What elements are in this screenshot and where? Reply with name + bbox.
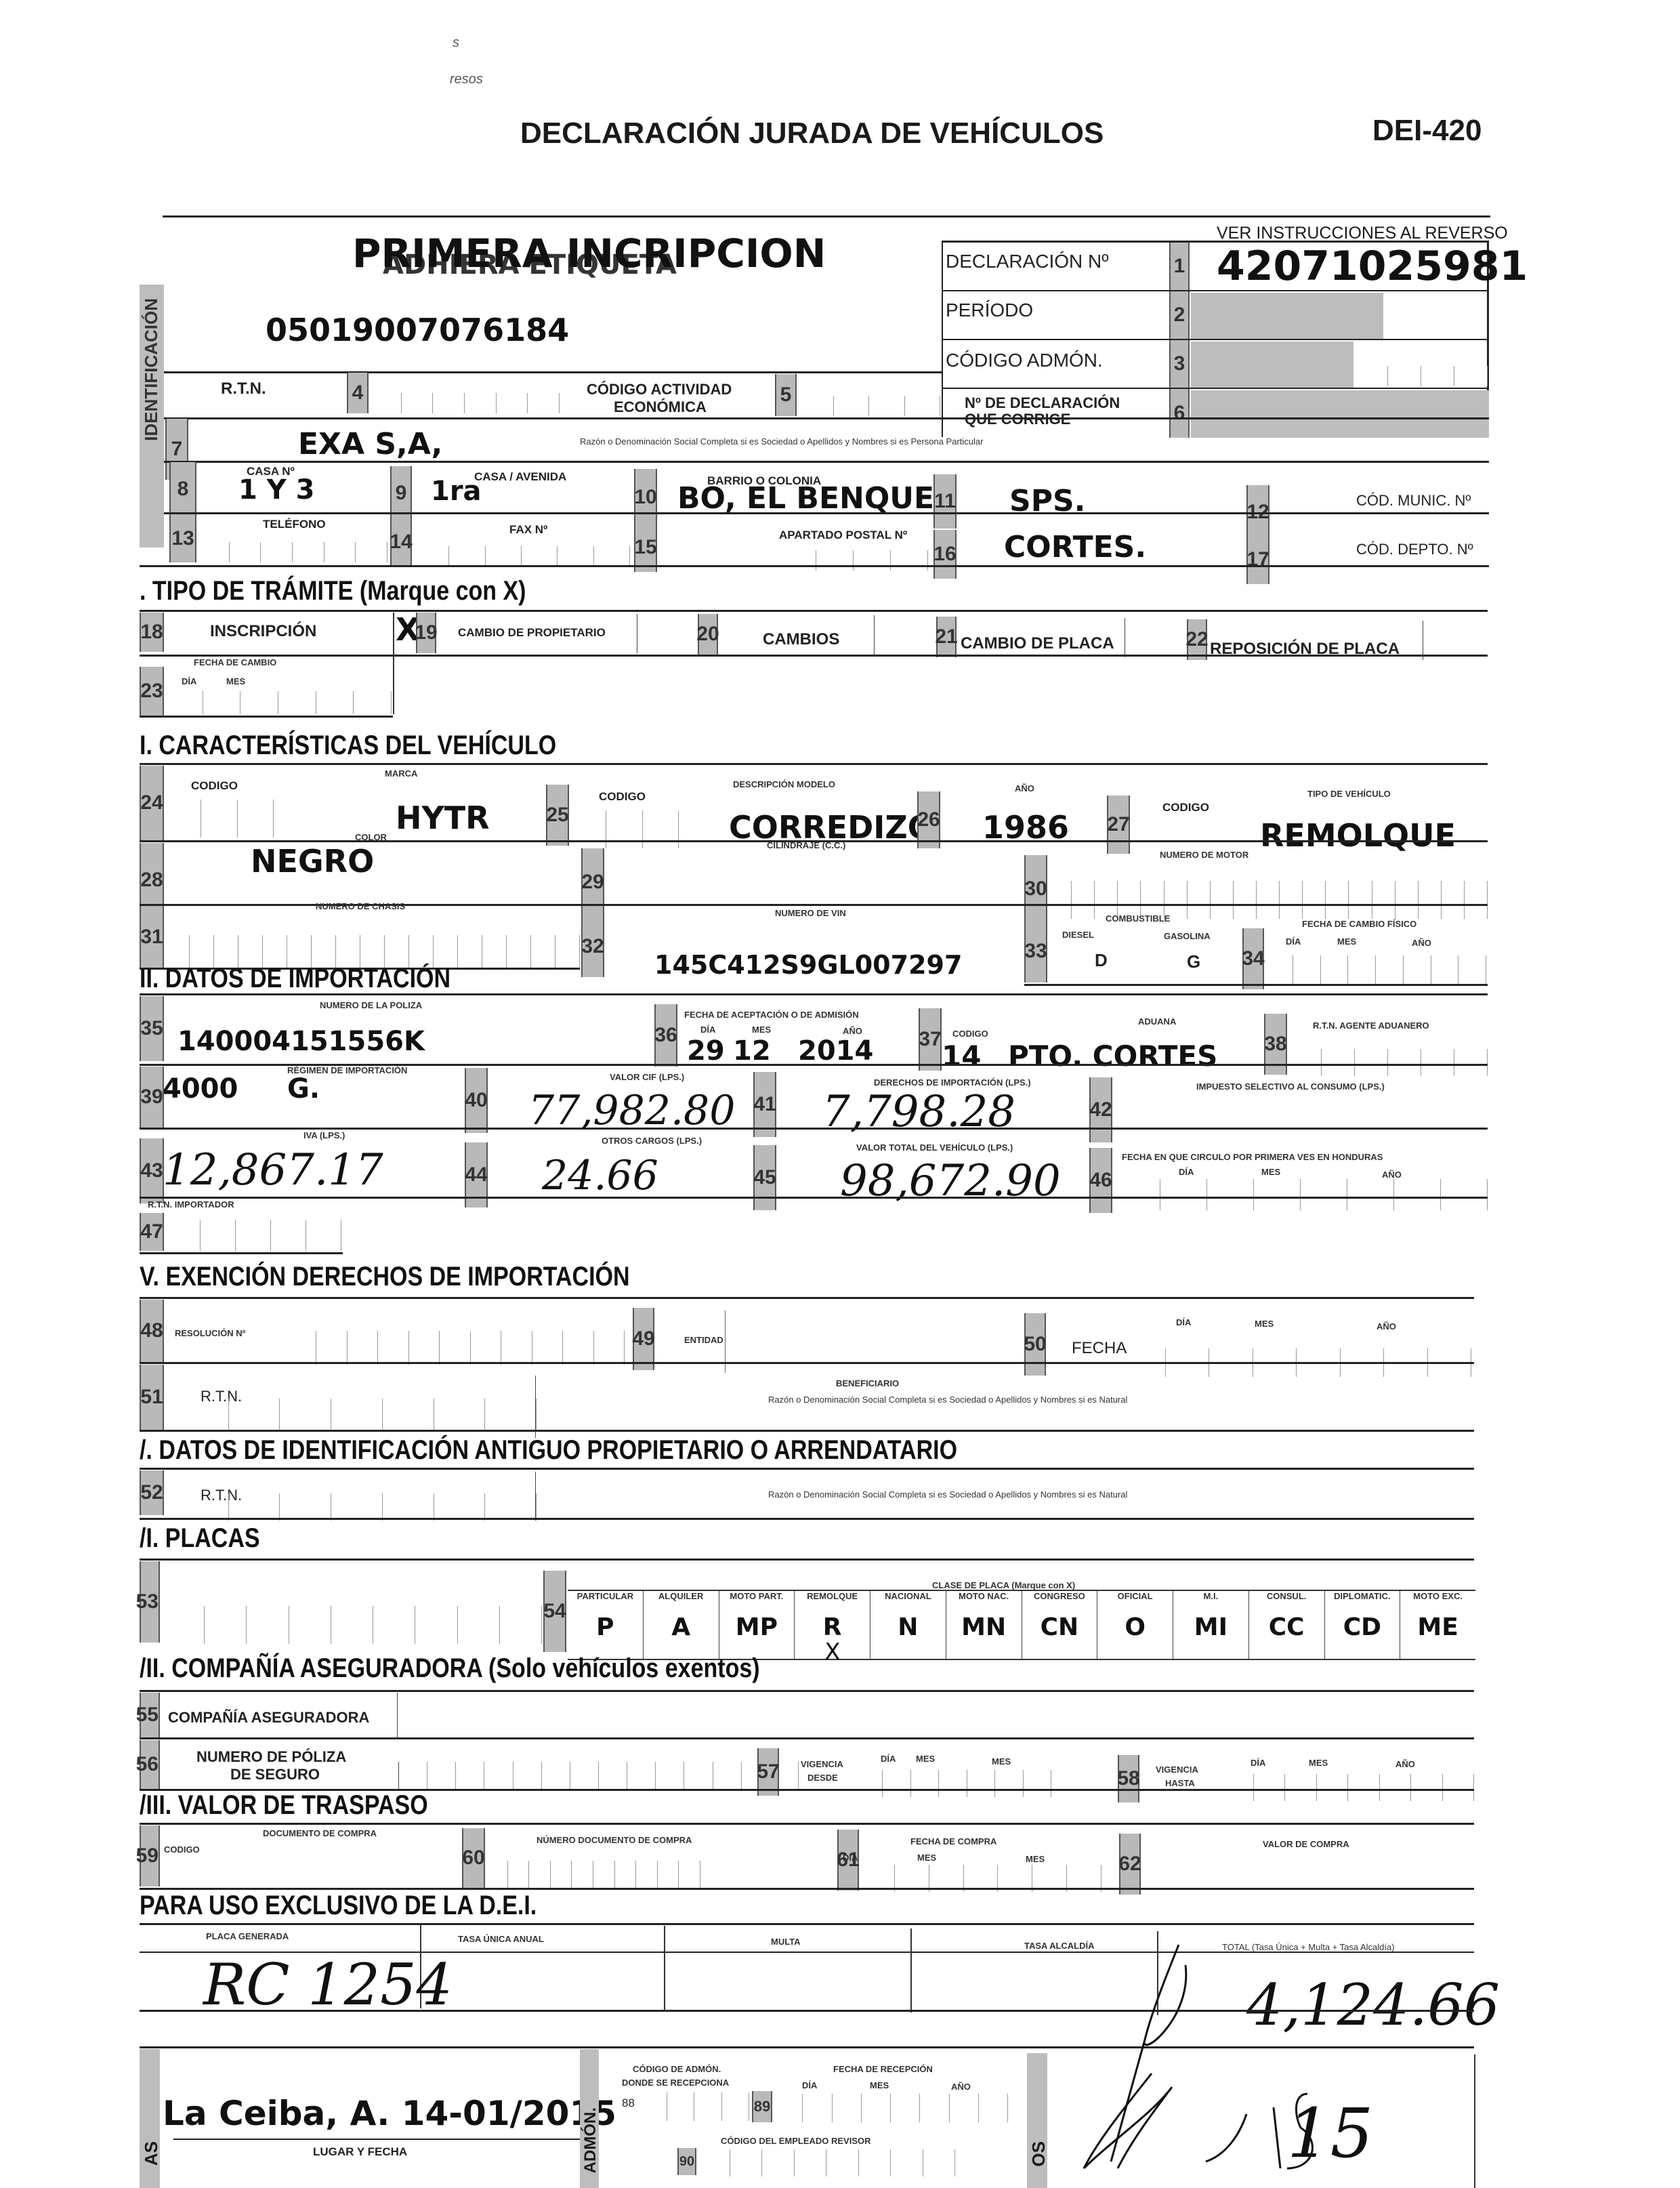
field-number-90: 90 bbox=[677, 2148, 696, 2175]
field-number-2: 2 bbox=[1169, 291, 1190, 339]
tramite-cambio-propietario-checkbox[interactable] bbox=[637, 614, 697, 653]
valor-compra-label: VALOR DE COMPRA bbox=[1263, 1839, 1349, 1849]
divider bbox=[140, 1297, 1474, 1299]
circulo-ano-label: AÑO bbox=[1382, 1170, 1402, 1180]
fecha-compra-dia-label: DÍA bbox=[843, 1853, 858, 1863]
exencion-dia-label: DÍA bbox=[1176, 1317, 1191, 1327]
codigo-admon-shaded-field bbox=[1191, 342, 1353, 388]
plate-class-code: R bbox=[823, 1613, 842, 1641]
clase-placa-label: CLASE DE PLACA (Marque con X) bbox=[932, 1580, 1075, 1590]
identificacion-side-label: IDENTIFICACIÓN bbox=[141, 298, 162, 441]
lugar-fecha-label: LUGAR Y FECHA bbox=[313, 2145, 407, 2159]
recepcion-label: FECHA DE RECEPCIÓN bbox=[833, 2064, 933, 2074]
divider bbox=[910, 1928, 912, 2012]
cambio-fisico-input[interactable] bbox=[1265, 955, 1486, 984]
vin-label: NUMERO DE VIN bbox=[775, 908, 846, 918]
field-number-62: 62 bbox=[1119, 1834, 1141, 1895]
field-number-21: 21 bbox=[936, 617, 957, 657]
field-number-39: 39 bbox=[140, 1067, 164, 1128]
fecha-cambio-label: FECHA DE CAMBIO bbox=[194, 657, 276, 667]
antiguo-rtn-input[interactable] bbox=[177, 1493, 537, 1521]
color-label: COLOR bbox=[355, 832, 387, 842]
vigencia-desde-mes2-label: MES bbox=[992, 1756, 1011, 1767]
marca-value: HYTR bbox=[396, 800, 490, 836]
plate-class-mi[interactable]: M.I.MI bbox=[1173, 1591, 1249, 1659]
placa-generada-value: RC 1254 bbox=[203, 1952, 453, 2018]
importador-label: R.T.N. IMPORTADOR bbox=[148, 1199, 234, 1210]
divider bbox=[164, 512, 1489, 514]
codigo-admon-label: CÓDIGO ADMÓN. bbox=[946, 350, 1103, 371]
compania-input[interactable] bbox=[397, 1693, 1475, 1737]
vigencia-desde-input[interactable] bbox=[855, 1770, 1051, 1797]
derechos-label: DERECHOS DE IMPORTACIÓN (LPS.) bbox=[874, 1077, 1031, 1088]
fecha-compra-mes-label: MES bbox=[917, 1853, 936, 1863]
tramite-cambio-propietario-label: CAMBIO DE PROPIETARIO bbox=[458, 626, 606, 640]
actividad-label-2: ECONÓMICA bbox=[614, 398, 707, 416]
plate-class-label: DIPLOMATIC. bbox=[1334, 1591, 1391, 1601]
fecha-compra-label: FECHA DE COMPRA bbox=[910, 1836, 996, 1846]
plate-class-particular[interactable]: PARTICULARP bbox=[568, 1591, 644, 1659]
tipo-vehiculo-value: REMOLQUE bbox=[1260, 817, 1456, 854]
stamp-adhiera-etiqueta: ADHIERA ETIQUETA bbox=[383, 249, 677, 281]
divider bbox=[140, 1197, 1488, 1199]
divider bbox=[140, 565, 1489, 567]
field-number-17: 17 bbox=[1246, 535, 1269, 584]
field-number-18: 18 bbox=[140, 613, 164, 652]
field-number-60: 60 bbox=[462, 1828, 485, 1888]
poliza-seguro-label-1: NUMERO DE PÓLIZA bbox=[196, 1748, 346, 1766]
plate-class-code: P bbox=[596, 1613, 614, 1641]
traspaso-section-title: /III. VALOR DE TRASPASO bbox=[140, 1790, 428, 1821]
admon-label-2: DONDE SE RECEPCIONA bbox=[622, 2078, 729, 2088]
divider bbox=[140, 1362, 1474, 1364]
plate-class-consul[interactable]: CONSUL.CC bbox=[1249, 1591, 1325, 1659]
placas-section-title: /I. PLACAS bbox=[140, 1523, 260, 1554]
fecha-aceptacion-mes-label: MES bbox=[752, 1025, 771, 1035]
tipo-vehiculo-label: TIPO DE VEHÍCULO bbox=[1307, 789, 1391, 799]
corner-mark-s: s bbox=[453, 35, 459, 51]
field-number-22: 22 bbox=[1187, 619, 1207, 660]
iva-value: 12,867.17 bbox=[163, 1145, 383, 1195]
avenida-label: CASA / AVENIDA bbox=[474, 470, 566, 484]
divider bbox=[942, 290, 1489, 291]
field-number-4: 4 bbox=[347, 373, 369, 413]
fecha-aceptacion-ano: 2014 bbox=[798, 1035, 873, 1067]
compania-label: COMPAÑÍA ASEGURADORA bbox=[168, 1709, 369, 1727]
plate-class-label: PARTICULAR bbox=[577, 1591, 634, 1601]
aduana-codigo-label: CODIGO bbox=[952, 1029, 988, 1039]
plate-class-label: MOTO NAC. bbox=[959, 1591, 1009, 1601]
field-number-49: 49 bbox=[633, 1308, 654, 1370]
plate-class-congreso[interactable]: CONGRESOCN bbox=[1022, 1591, 1098, 1659]
tramite-cambio-placa-checkbox[interactable] bbox=[1125, 618, 1186, 657]
otros-cargos-value: 24.66 bbox=[542, 1152, 658, 1199]
circulo-mes-label: MES bbox=[1261, 1167, 1280, 1177]
barrio-value: BO, EL BENQUE bbox=[677, 481, 934, 516]
vigencia-hasta-label-2: HASTA bbox=[1165, 1778, 1195, 1788]
antiguo-razon-input[interactable] bbox=[535, 1472, 1475, 1521]
plate-class-code: N bbox=[898, 1613, 918, 1641]
telefono-label: TELÉFONO bbox=[263, 518, 326, 531]
revisor-label: CÓDIGO DEL EMPLEADO REVISOR bbox=[721, 2136, 871, 2146]
field-number-47: 47 bbox=[140, 1213, 164, 1251]
field-number-13: 13 bbox=[169, 515, 196, 562]
apartado-input[interactable] bbox=[779, 550, 928, 571]
valor-total-label: VALOR TOTAL DEL VEHÍCULO (LPS.) bbox=[856, 1142, 1013, 1153]
placa-input[interactable] bbox=[163, 1606, 542, 1644]
documento-compra-label: DOCUMENTO DE COMPRA bbox=[263, 1828, 377, 1838]
divider bbox=[140, 1888, 1474, 1890]
field-number-29: 29 bbox=[581, 848, 604, 916]
importacion-section-title: II. DATOS DE IMPORTACIÓN bbox=[140, 964, 450, 994]
plate-class-code: A bbox=[671, 1613, 690, 1641]
lugar-fecha-value: La Ceiba, A. 14-01/2015 bbox=[163, 2094, 616, 2133]
gasolina-option[interactable]: G bbox=[1187, 951, 1200, 972]
divider bbox=[140, 1430, 1474, 1432]
tramite-cambio-placa-label: CAMBIO DE PLACA bbox=[961, 634, 1114, 653]
corrige-label-2: QUE CORRIGE bbox=[965, 411, 1070, 428]
resolucion-input[interactable] bbox=[286, 1331, 625, 1365]
footer-left-side-bar bbox=[140, 2049, 160, 2188]
actividad-label-1: CÓDIGO ACTIVIDAD bbox=[587, 381, 732, 398]
field-number-50: 50 bbox=[1024, 1313, 1046, 1376]
corrige-label-1: Nº DE DECLARACIÓN bbox=[965, 394, 1120, 412]
signature-text: 15 bbox=[1287, 2094, 1373, 2173]
field-number-5: 5 bbox=[775, 374, 797, 416]
rtn-label: R.T.N. bbox=[221, 379, 266, 398]
divider bbox=[140, 1690, 1474, 1692]
plate-class-label: CONSUL. bbox=[1267, 1591, 1307, 1601]
field-number-37: 37 bbox=[919, 1008, 942, 1071]
tasa-unica-label: TASA ÚNICA ANUAL bbox=[458, 1934, 544, 1944]
actividad-input[interactable] bbox=[798, 396, 940, 416]
plate-class-oficial[interactable]: OFICIALO bbox=[1097, 1591, 1173, 1659]
plate-class-label: REMOLQUE bbox=[807, 1591, 858, 1601]
divider bbox=[140, 1518, 1474, 1520]
chasis-label: NUMERO DE CHASIS bbox=[316, 901, 405, 911]
recepcion-ano-label: AÑO bbox=[951, 2082, 971, 2092]
corrige-shaded-field bbox=[1191, 390, 1489, 438]
plate-class-label: M.I. bbox=[1204, 1591, 1219, 1601]
modelo-codigo-input[interactable] bbox=[570, 810, 679, 848]
periodo-shaded-field bbox=[1191, 293, 1383, 339]
divider bbox=[164, 417, 1489, 419]
divider bbox=[173, 2139, 580, 2140]
remolque-x-mark: X bbox=[824, 1638, 840, 1666]
revisor-input[interactable] bbox=[698, 2149, 955, 2176]
divider bbox=[140, 763, 1488, 765]
exencion-ano-label: AÑO bbox=[1377, 1321, 1396, 1332]
field-number-25: 25 bbox=[546, 785, 569, 846]
field-number-14: 14 bbox=[390, 518, 412, 566]
recepcion-dia-label: DÍA bbox=[802, 2080, 817, 2090]
field-number-51: 51 bbox=[140, 1365, 164, 1430]
tramite-inscripcion-label: INSCRIPCIÓN bbox=[210, 622, 316, 641]
field-number-31: 31 bbox=[140, 907, 164, 968]
barcode-number: 05019007076184 bbox=[266, 312, 569, 348]
numero-documento-input[interactable] bbox=[486, 1861, 700, 1889]
footer-side-label-right: OS bbox=[1028, 2141, 1049, 2167]
declaracion-number: 42071025981 bbox=[1217, 243, 1528, 290]
plate-class-alquiler[interactable]: ALQUILERA bbox=[644, 1591, 719, 1659]
poliza-label: NUMERO DE LA POLIZA bbox=[320, 1000, 422, 1010]
field-number-52: 52 bbox=[140, 1470, 164, 1515]
placa-generada-label: PLACA GENERADA bbox=[206, 1931, 289, 1941]
fecha-cambio-input[interactable] bbox=[165, 691, 392, 714]
plate-class-label: CONGRESO bbox=[1034, 1591, 1085, 1601]
documento-codigo-label: CODIGO bbox=[164, 1844, 200, 1855]
field-number-1: 1 bbox=[1169, 243, 1190, 290]
field-number-36: 36 bbox=[654, 1004, 677, 1067]
regimen-value: G. bbox=[287, 1073, 320, 1105]
fecha-compra-mes2-label: MES bbox=[1026, 1854, 1045, 1864]
entidad-label: ENTIDAD bbox=[684, 1335, 723, 1345]
footer-side-label-admon: ADMÓN. bbox=[581, 2107, 600, 2173]
exencion-section-title: V. EXENCIÓN DERECHOS DE IMPORTACIÓN bbox=[140, 1262, 630, 1292]
diesel-option[interactable]: D bbox=[1095, 950, 1108, 971]
regimen-code: 4000 bbox=[163, 1073, 238, 1105]
field-number-45: 45 bbox=[753, 1145, 776, 1210]
plate-class-code: MN bbox=[961, 1613, 1006, 1641]
field-number-59: 59 bbox=[140, 1825, 160, 1886]
fecha-cambio-mes-label: MES bbox=[226, 676, 245, 686]
vigencia-hasta-mes-label: MES bbox=[1309, 1758, 1328, 1768]
divider bbox=[140, 993, 1488, 995]
fecha-cambio-dia-label: DÍA bbox=[182, 676, 196, 686]
vigencia-hasta-label-1: VIGENCIA bbox=[1156, 1764, 1198, 1775]
plate-class-moto-nac[interactable]: MOTO NAC.MN bbox=[946, 1591, 1022, 1659]
form-code: DEI-420 bbox=[1372, 114, 1482, 148]
plate-class-code: CN bbox=[1041, 1613, 1079, 1641]
anio-label: AÑO bbox=[1015, 783, 1034, 793]
circulo-date-input[interactable] bbox=[1114, 1179, 1488, 1210]
field-number-32: 32 bbox=[581, 916, 604, 977]
numero-documento-label: NÚMERO DOCUMENTO DE COMPRA bbox=[537, 1835, 692, 1845]
divider bbox=[140, 610, 1488, 612]
aduana-codigo: 14 bbox=[942, 1039, 981, 1073]
form-title: DECLARACIÓN JURADA DE VEHÍCULOS bbox=[520, 117, 1104, 150]
agente-aduanero-label: R.T.N. AGENTE ADUANERO bbox=[1313, 1020, 1429, 1031]
vigencia-hasta-input[interactable] bbox=[1222, 1774, 1474, 1801]
vigencia-desde-mes-label: MES bbox=[916, 1754, 935, 1764]
avenida-value: 1ra bbox=[431, 476, 482, 507]
casa-value: 1 Y 3 bbox=[238, 474, 314, 505]
marca-codigo-label: CODIGO bbox=[191, 779, 238, 793]
divider bbox=[942, 339, 1489, 340]
telefono-input[interactable] bbox=[198, 542, 387, 562]
iva-label: IVA (LPS.) bbox=[303, 1130, 345, 1140]
field-number-3: 3 bbox=[1169, 340, 1190, 388]
declaracion-label: DECLARACIÓN Nº bbox=[946, 251, 1109, 272]
exencion-rtn-input[interactable] bbox=[177, 1399, 537, 1430]
marca-label: MARCA bbox=[385, 768, 417, 779]
plate-class-code: MI bbox=[1194, 1613, 1227, 1641]
exencion-mes-label: MES bbox=[1255, 1319, 1274, 1329]
fecha-aceptacion-label: FECHA DE ACEPTACIÓN O DE ADMISIÓN bbox=[684, 1010, 859, 1020]
color-value: NEGRO bbox=[251, 843, 374, 880]
field-number-43: 43 bbox=[140, 1138, 164, 1203]
corner-mark-resos: resos bbox=[450, 72, 483, 87]
vigencia-hasta-ano-label: AÑO bbox=[1395, 1759, 1415, 1769]
circulo-label: FECHA EN QUE CIRCULO POR PRIMERA VES EN … bbox=[1122, 1152, 1383, 1162]
field-number-55: 55 bbox=[140, 1693, 160, 1737]
recepcion-date-input[interactable] bbox=[774, 2094, 1008, 2122]
poliza-seguro-input[interactable] bbox=[398, 1762, 799, 1789]
vigencia-desde-dia-label: DÍA bbox=[881, 1754, 896, 1764]
plate-class-diplomatic[interactable]: DIPLOMATIC.CD bbox=[1325, 1591, 1401, 1659]
resolucion-label: RESOLUCIÓN Nº bbox=[175, 1328, 245, 1338]
field-number-88: 88 bbox=[622, 2097, 635, 2110]
top-frame-line bbox=[163, 215, 1490, 218]
valor-compra-input[interactable] bbox=[1142, 1853, 1474, 1893]
recepcion-mes-label: MES bbox=[870, 2080, 889, 2090]
field-number-8: 8 bbox=[169, 462, 196, 516]
divider bbox=[140, 1923, 1474, 1925]
divider bbox=[140, 1737, 1474, 1739]
plate-class-label: OFICIAL bbox=[1118, 1591, 1153, 1601]
periodo-label: PERÍODO bbox=[946, 300, 1033, 321]
plate-class-code: O bbox=[1125, 1613, 1146, 1641]
cambio-fisico-ano-label: AÑO bbox=[1412, 938, 1431, 948]
plate-class-label: MOTO PART. bbox=[730, 1591, 783, 1601]
field-number-54: 54 bbox=[543, 1571, 566, 1652]
fecha-aceptacion-dia-label: DÍA bbox=[700, 1025, 715, 1035]
chasis-input[interactable] bbox=[165, 935, 580, 968]
field-number-27: 27 bbox=[1107, 796, 1130, 854]
exencion-fecha-label: FECHA bbox=[1072, 1339, 1127, 1358]
poliza-seguro-label-2: DE SEGURO bbox=[230, 1766, 320, 1783]
plate-class-code: CC bbox=[1269, 1613, 1305, 1641]
cambio-fisico-dia-label: DÍA bbox=[1286, 936, 1301, 947]
divider bbox=[140, 1252, 343, 1254]
motor-label: NUMERO DE MOTOR bbox=[1160, 850, 1248, 860]
field-number-48: 48 bbox=[140, 1300, 164, 1362]
field-number-53: 53 bbox=[140, 1561, 160, 1643]
fax-label: FAX Nº bbox=[509, 523, 547, 537]
clase-placa-grid: PARTICULARP ALQUILERA MOTO PART.MP REMOL… bbox=[568, 1590, 1475, 1660]
field-number-56: 56 bbox=[140, 1740, 160, 1789]
selectivo-label: IMPUESTO SELECTIVO AL CONSUMO (LPS.) bbox=[1196, 1081, 1385, 1092]
divider bbox=[140, 1468, 1474, 1470]
field-number-16: 16 bbox=[933, 530, 957, 579]
cif-label: VALOR CIF (LPS.) bbox=[610, 1072, 684, 1082]
plate-class-remolque[interactable]: REMOLQUERX bbox=[795, 1591, 870, 1659]
razon-hint: Razón o Denominación Social Completa si … bbox=[580, 436, 983, 447]
circulo-dia-label: DÍA bbox=[1179, 1167, 1194, 1177]
field-number-40: 40 bbox=[465, 1068, 488, 1133]
plate-class-code: ME bbox=[1417, 1613, 1458, 1641]
field-number-23: 23 bbox=[140, 667, 164, 716]
fecha-aceptacion-mes: 12 bbox=[733, 1035, 771, 1067]
apartado-label: APARTADO POSTAL Nº bbox=[779, 529, 907, 542]
aduana-value: PTO. CORTES bbox=[1008, 1039, 1217, 1073]
field-number-42: 42 bbox=[1089, 1077, 1112, 1142]
divider bbox=[164, 461, 1489, 463]
field-number-19: 19 bbox=[416, 613, 436, 653]
field-number-34: 34 bbox=[1242, 928, 1264, 989]
modelo-codigo-label: CODIGO bbox=[599, 790, 646, 804]
diesel-label: DIESEL bbox=[1062, 930, 1094, 940]
plate-class-code: MP bbox=[736, 1613, 778, 1641]
tipo-codigo-label: CODIGO bbox=[1162, 801, 1209, 814]
divider bbox=[140, 1559, 1474, 1561]
aduana-label: ADUANA bbox=[1138, 1016, 1176, 1027]
cod-depto-label: CÓD. DEPTO. Nº bbox=[1356, 541, 1473, 558]
caracteristicas-section-title: I. CARACTERÍSTICAS DEL VEHÍCULO bbox=[140, 730, 556, 761]
razon-social-value: EXA S,A, bbox=[298, 427, 442, 461]
divider bbox=[140, 716, 393, 718]
plate-class-label: NACIONAL bbox=[885, 1591, 931, 1601]
vin-value: 145C412S9GL007297 bbox=[654, 950, 962, 980]
divider bbox=[1024, 984, 1488, 986]
vigencia-desde-label-1: VIGENCIA bbox=[801, 1759, 843, 1769]
vigencia-desde-label-2: DESDE bbox=[807, 1773, 838, 1783]
plate-class-code: CD bbox=[1343, 1613, 1381, 1641]
gasolina-label: GASOLINA bbox=[1164, 931, 1211, 941]
aseguradora-section-title: /II. COMPAÑÍA ASEGURADORA (Solo vehículo… bbox=[140, 1653, 760, 1684]
field-number-46: 46 bbox=[1089, 1148, 1112, 1213]
divider bbox=[164, 371, 942, 373]
divider bbox=[140, 1128, 1488, 1130]
fecha-aceptacion-dia: 29 bbox=[687, 1035, 725, 1067]
beneficiario-input[interactable] bbox=[535, 1376, 1475, 1438]
field-number-58: 58 bbox=[1118, 1755, 1139, 1802]
tramite-cambios-checkbox[interactable] bbox=[874, 615, 936, 655]
divider bbox=[140, 655, 1488, 657]
dei-section-title: PARA USO EXCLUSIVO DE LA D.E.I. bbox=[140, 1891, 537, 1921]
footer-right-side-bar bbox=[1027, 2053, 1047, 2188]
admon-code-input[interactable] bbox=[639, 2092, 749, 2121]
plate-class-label: MOTO EXC. bbox=[1413, 1591, 1463, 1601]
multa-label: MULTA bbox=[771, 1937, 801, 1947]
field-number-10: 10 bbox=[634, 469, 657, 526]
codigo-admon-input[interactable] bbox=[1355, 366, 1488, 386]
vigencia-hasta-dia-label: DÍA bbox=[1251, 1758, 1265, 1768]
field-number-89: 89 bbox=[752, 2091, 772, 2122]
field-number-11: 11 bbox=[933, 474, 957, 529]
field-number-35: 35 bbox=[140, 996, 164, 1061]
antiguo-section-title: /. DATOS DE IDENTIFICACIÓN ANTIGUO PROPI… bbox=[140, 1435, 957, 1466]
field-number-33: 33 bbox=[1024, 920, 1047, 983]
fecha-aceptacion-ano-label: AÑO bbox=[843, 1026, 862, 1036]
divider bbox=[393, 613, 394, 714]
divider bbox=[942, 388, 1489, 389]
footer-side-label-left: AS bbox=[141, 2141, 162, 2166]
plate-class-moto-part[interactable]: MOTO PART.MP bbox=[719, 1591, 795, 1659]
tramite-section-title: . TIPO DE TRÁMITE (Marque con X) bbox=[140, 576, 526, 606]
field-number-30: 30 bbox=[1024, 855, 1047, 923]
marca-codigo-input[interactable] bbox=[165, 800, 274, 838]
admon-label-1: CÓDIGO DE ADMÓN. bbox=[633, 2064, 721, 2074]
cilindraje-label: CILINDRAJE (C.C.) bbox=[767, 840, 845, 850]
importador-input[interactable] bbox=[165, 1220, 341, 1251]
plate-class-moto-exc[interactable]: MOTO EXC.ME bbox=[1400, 1591, 1475, 1659]
agente-aduanero-input[interactable] bbox=[1288, 1049, 1488, 1076]
cambio-fisico-mes-label: MES bbox=[1337, 936, 1356, 947]
tramite-cambios-label: CAMBIOS bbox=[763, 630, 839, 649]
otros-cargos-label: OTROS CARGOS (LPS.) bbox=[602, 1136, 702, 1146]
fax-input[interactable] bbox=[413, 546, 630, 566]
plate-class-label: ALQUILER bbox=[658, 1591, 703, 1601]
depto-value: CORTES. bbox=[1004, 530, 1146, 564]
cambio-fisico-label: FECHA DE CAMBIO FÍSICO bbox=[1302, 919, 1416, 929]
combustible-label: COMBUSTIBLE bbox=[1106, 913, 1170, 924]
rtn-input[interactable] bbox=[370, 393, 560, 413]
divider bbox=[664, 1926, 665, 2010]
field-number-24: 24 bbox=[140, 766, 164, 840]
plate-class-nacional[interactable]: NACIONALN bbox=[870, 1591, 946, 1659]
munic-label: CÓD. MUNIC. Nº bbox=[1356, 492, 1471, 510]
